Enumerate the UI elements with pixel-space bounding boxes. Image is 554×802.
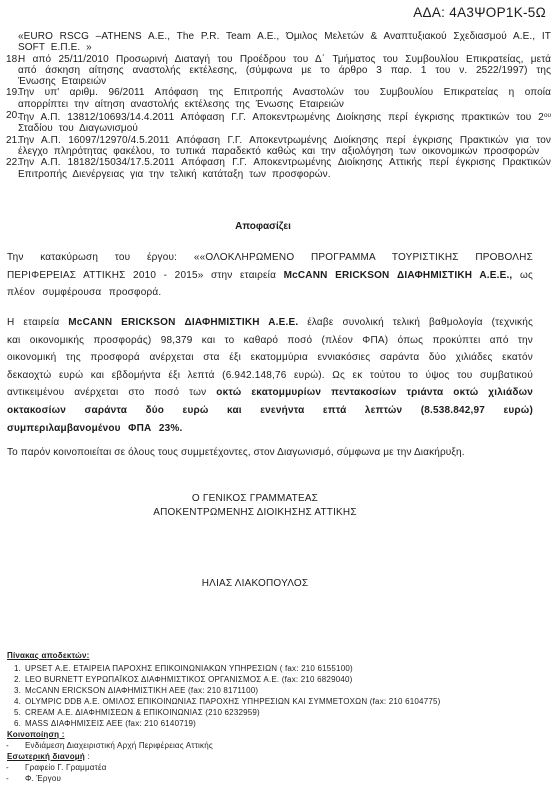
item-text-pre: Την Α.Π. 13812/10693/14.4.2011 Απόφαση Γ… <box>18 112 544 123</box>
recipient-row: 4.OLYMPIC DDB Α.Ε. ΟΜΙΛΟΣ ΕΠΙΚΟΙΝΩΝΙΑΣ Π… <box>0 696 554 707</box>
recipient-number: 2. <box>14 674 21 685</box>
consideration-item-20: 20. Την Α.Π. 13812/10693/14.4.2011 Απόφα… <box>6 110 551 135</box>
financial-text-pre: Η εταιρεία <box>7 317 68 328</box>
notification-text: Ενδιάμεση Διαχειριστική Αρχή Περιφέρειας… <box>25 741 213 750</box>
ada-code: ΑΔΑ: 4Α3ΨΟΡ1Κ-5Ω <box>413 5 546 20</box>
recipients-title: Πίνακας αποδεκτών: <box>0 650 554 661</box>
recipient-text: McCANN ERICKSON ΔΙΑΦΗΜΙΣΤΙΚΗ ΑΕΕ (fax: 2… <box>25 686 258 695</box>
recipient-text: UPSET Α.Ε. ΕΤΑΙΡΕΙΑ ΠΑΡΟΧΗΣ ΕΠΙΚΟΙΝΩΝΙΑΚ… <box>25 664 353 673</box>
considerations-list: «EURO RSCG –ATHENS A.E., The P.R. Team A… <box>6 31 551 180</box>
notification-title-text: Κοινοποίηση : <box>7 730 65 739</box>
carryover-quote-text: «EURO RSCG –ATHENS A.E., The P.R. Team A… <box>18 31 551 54</box>
recipient-number: 1. <box>14 663 21 674</box>
internal-row: -Φ. Έργου <box>0 773 554 784</box>
item-number: 19. <box>6 87 20 98</box>
signature-title-line1: Ο ΓΕΝΙΚΟΣ ΓΡΑΜΜΑΤΕΑΣ <box>20 492 490 506</box>
recipient-text: MASS ΔΙΑΦΗΜΙΣΕΙΣ ΑΕΕ (fax: 210 6140719) <box>25 719 196 728</box>
item-number: 21. <box>6 135 20 146</box>
item-number: 20. <box>6 110 20 121</box>
dash-bullet: - <box>6 740 9 751</box>
recipient-row: 1.UPSET Α.Ε. ΕΤΑΙΡΕΙΑ ΠΑΡΟΧΗΣ ΕΠΙΚΟΙΝΩΝΙ… <box>0 663 554 674</box>
signature-title-line2: ΑΠΟΚΕΝΤΡΩΜΕΝΗΣ ΔΙΟΙΚΗΣΗΣ ΑΤΤΙΚΗΣ <box>20 506 490 520</box>
recipient-row: 6.MASS ΔΙΑΦΗΜΙΣΕΙΣ ΑΕΕ (fax: 210 6140719… <box>0 718 554 729</box>
award-paragraph: Την κατακύρωση του έργου: ««ΟΛΟΚΛΗΡΩΜΕΝΟ… <box>7 249 533 302</box>
recipient-text: LEO BURNETT ΕΥΡΩΠΑΪΚΟΣ ΔΙΑΦΗΜΙΣΤΙΚΟΣ ΟΡΓ… <box>25 675 353 684</box>
consideration-carryover-quote: «EURO RSCG –ATHENS A.E., The P.R. Team A… <box>6 31 551 54</box>
recipient-row: 5.CREAM Α.Ε. ΔΙΑΦΗΜΙΣΕΩΝ & ΕΠΙΚΟΙΝΩΝΙΑΣ … <box>0 707 554 718</box>
award-company-name: McCANN ERICKSON ΔΙΑΦΗΜΙΣΤΙΚΗ Α.Ε.Ε., <box>284 270 513 281</box>
consideration-item-21: 21. Την Α.Π. 16097/12970/4.5.2011 Απόφασ… <box>6 135 551 158</box>
decision-heading: Αποφασίζει <box>7 221 519 232</box>
recipient-text: OLYMPIC DDB Α.Ε. ΟΜΙΛΟΣ ΕΠΙΚΟΙΝΩΝΙΑΣ ΠΑΡ… <box>25 697 441 706</box>
notification-notice: Το παρόν κοινοποιείται σε όλους τους συμ… <box>7 444 533 462</box>
consideration-item-18: 18. Η από 25/11/2010 Προσωρινή Διαταγή τ… <box>6 54 551 88</box>
recipient-number: 5. <box>14 707 21 718</box>
internal-text: Γραφείο Γ. Γραμματέα <box>25 763 107 772</box>
financial-paragraph: Η εταιρεία McCANN ERICKSON ΔΙΑΦΗΜΙΣΤΙΚΗ … <box>7 314 533 437</box>
item-text: Την Α.Π. 16097/12970/4.5.2011 Απόφαση Γ.… <box>18 135 551 158</box>
signature-title-block: Ο ΓΕΝΙΚΟΣ ΓΡΑΜΜΑΤΕΑΣ ΑΠΟΚΕΝΤΡΩΜΕΝΗΣ ΔΙΟΙ… <box>20 492 490 519</box>
internal-title-colon: : <box>85 752 90 761</box>
notification-title: Κοινοποίηση : <box>0 729 554 740</box>
recipient-text: CREAM Α.Ε. ΔΙΑΦΗΜΙΣΕΩΝ & ΕΠΙΚΟΙΝΩΝΙΑΣ (2… <box>25 708 260 717</box>
internal-text: Φ. Έργου <box>25 774 61 783</box>
consideration-item-19: 19. Την υπ' αριθμ. 96/2011 Απόφαση της Ε… <box>6 87 551 110</box>
item-text: Την Α.Π. 18182/15034/17.5.2011 Απόφαση Γ… <box>18 157 551 180</box>
recipient-row: 2.LEO BURNETT ΕΥΡΩΠΑΪΚΟΣ ΔΙΑΦΗΜΙΣΤΙΚΟΣ Ο… <box>0 674 554 685</box>
item-text-post: Σταδίου του Διαγωνισμού <box>18 123 138 134</box>
internal-row: -Γραφείο Γ. Γραμματέα <box>0 762 554 773</box>
consideration-item-22: 22. Την Α.Π. 18182/15034/17.5.2011 Απόφα… <box>6 157 551 180</box>
dash-bullet: - <box>6 773 9 784</box>
document-page: ΑΔΑ: 4Α3ΨΟΡ1Κ-5Ω «EURO RSCG –ATHENS A.E.… <box>0 0 554 802</box>
signatory-name: ΗΛΙΑΣ ΛΙΑΚΟΠΟΥΛΟΣ <box>20 578 490 589</box>
dash-bullet: - <box>6 762 9 773</box>
recipient-number: 6. <box>14 718 21 729</box>
recipients-title-text: Πίνακας αποδεκτών: <box>7 651 90 660</box>
recipient-number: 3. <box>14 685 21 696</box>
item-text: Η από 25/11/2010 Προσωρινή Διαταγή του Π… <box>18 54 551 88</box>
item-number: 18. <box>6 54 20 65</box>
distribution-footer: Πίνακας αποδεκτών: 1.UPSET Α.Ε. ΕΤΑΙΡΕΙΑ… <box>0 650 554 784</box>
ordinal-superscript: ου <box>544 112 551 119</box>
item-text: Την Α.Π. 13812/10693/14.4.2011 Απόφαση Γ… <box>18 110 551 135</box>
item-number: 22. <box>6 157 20 168</box>
notification-row: -Ενδιάμεση Διαχειριστική Αρχή Περιφέρεια… <box>0 740 554 751</box>
item-text: Την υπ' αριθμ. 96/2011 Απόφαση της Επιτρ… <box>18 87 551 110</box>
recipient-number: 4. <box>14 696 21 707</box>
internal-title-text: Εσωτερική διανομή <box>7 752 85 761</box>
financial-company-name: McCANN ERICKSON ΔΙΑΦΗΜΙΣΤΙΚΗ Α.Ε.Ε. <box>68 317 298 328</box>
internal-distribution-title: Εσωτερική διανομή : <box>0 751 554 762</box>
recipient-row: 3.McCANN ERICKSON ΔΙΑΦΗΜΙΣΤΙΚΗ ΑΕΕ (fax:… <box>0 685 554 696</box>
